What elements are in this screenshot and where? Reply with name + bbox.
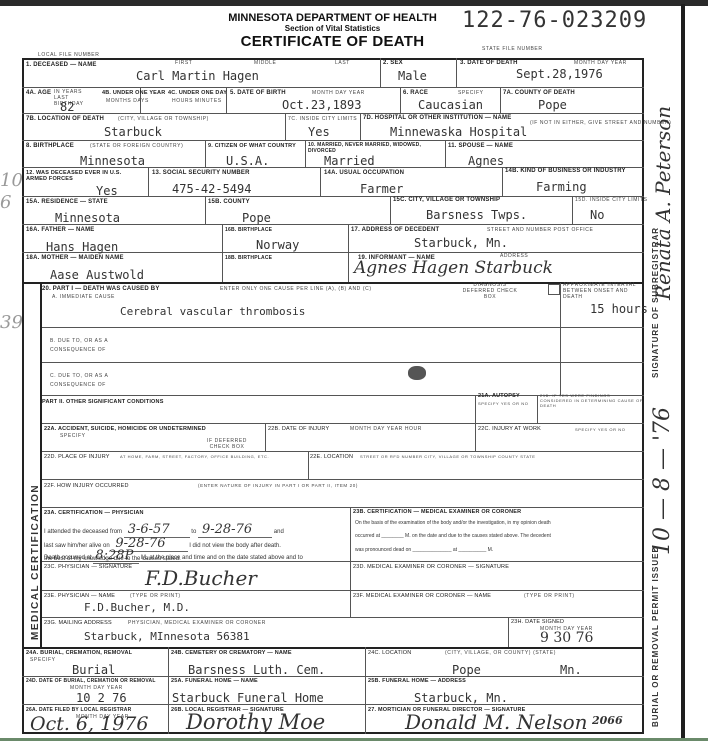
mailing-address-value: Starbuck, MInnesota 56381 (84, 630, 250, 643)
burial-location-sublabel: (CITY, VILLAGE, OR COUNTY) (STATE) (445, 650, 556, 656)
address-label: 17. ADDRESS OF DECEDENT (351, 227, 439, 233)
autopsy-sublabel: SPECIFY YES OR NO (478, 401, 529, 406)
months-days-sublabel: MONTHS DAYS (106, 98, 149, 104)
funeral-address-label: 25b. FUNERAL HOME — ADDRESS (368, 678, 466, 684)
burial-county-value: Pope (452, 663, 481, 677)
injury-deferred-label: IF DEFERRED CHECK BOX (204, 438, 250, 450)
section-name: Section of Vital Statistics (210, 24, 455, 33)
residence-city-label: 15c. CITY, VILLAGE OR TOWNSHIP (393, 197, 500, 203)
examiner-cert-label: 23b. CERTIFICATION — MEDICAL EXAMINER OR… (353, 509, 521, 515)
how-injury-sublabel: (ENTER NATURE OF INJURY IN PART I OR PAR… (198, 483, 358, 488)
interval-label: APPROXIMATE INTERVAL BETWEEN ONSET AND D… (563, 282, 641, 300)
deceased-name-label: 1. DECEASED — NAME (26, 62, 97, 68)
scan-top-edge (0, 0, 708, 6)
physician-name-value: F.D.Bucher, M.D. (84, 601, 190, 614)
date-signed-label: 23h. DATE SIGNED (511, 619, 564, 625)
hospital-label: 7d. HOSPITAL OR OTHER INSTITUTION — NAME (363, 115, 511, 121)
address-sublabel: STREET AND NUMBER POST OFFICE (487, 227, 593, 233)
residence-state-label: 15a. RESIDENCE — STATE (26, 199, 108, 205)
permit-issued-date: 10 — 8 — '76 (650, 407, 675, 555)
armed-forces-value: Yes (96, 184, 118, 198)
date-of-injury-sublabel: MONTH DAY YEAR HOUR (350, 426, 422, 432)
race-sublabel: SPECIFY (458, 90, 484, 96)
under-one-year-label: 4b. UNDER ONE YEAR (102, 90, 165, 96)
citizen-value: U.S.A. (226, 154, 269, 168)
burial-date-label: 24d. DATE OF BURIAL, CREMATION OR REMOVA… (26, 678, 168, 684)
first-sublabel: FIRST (175, 60, 192, 66)
autopsy-label: 21a. AUTOPSY (478, 393, 520, 399)
mailing-address-sublabel: PHYSICIAN, MEDICAL EXAMINER OR CORONER (128, 620, 266, 626)
ssn-label: 13. SOCIAL SECURITY NUMBER (152, 170, 250, 176)
funeral-address-value: Starbuck, Mn. (414, 691, 508, 705)
deceased-name-value: Carl Martin Hagen (136, 69, 259, 83)
marital-label: 10. MARRIED, NEVER MARRIED, WIDOWED, DIV… (308, 142, 438, 154)
race-label: 6. RACE (403, 90, 428, 96)
birthplace-label: 8. BIRTHPLACE (26, 143, 74, 149)
mother-value: Aase Austwold (50, 268, 144, 282)
permit-issued-label: BURIAL OR REMOVAL PERMIT ISSUED (651, 546, 660, 727)
manner-label: 22a. ACCIDENT, SUICIDE, HOMICIDE OR UNDE… (44, 426, 206, 432)
mailing-address-label: 23g. MAILING ADDRESS (44, 620, 112, 626)
cert-line4: the best of my knowledge due to the caus… (44, 556, 181, 562)
injury-location-label: 22e. LOCATION (310, 454, 353, 460)
residence-inside-label: 15d. INSIDE CITY LIMITS (575, 197, 648, 203)
cert-line1: I attended the deceased from 3-6-57 to 9… (44, 522, 284, 537)
disposition-method-sublabel: SPECIFY (30, 657, 56, 663)
date-filed-value: Oct. 6, 1976 (30, 713, 148, 735)
immediate-cause-label: A. IMMEDIATE CAUSE (52, 294, 115, 300)
subregistrar-signature: Renata A. Peterson (651, 106, 675, 300)
under-one-day-label: 4c. UNDER ONE DAY (168, 90, 227, 96)
occupation-value: Farmer (360, 182, 403, 196)
funeral-home-label: 25a. FUNERAL HOME — NAME (171, 678, 258, 684)
location-sublabel: (CITY, VILLAGE OR TOWNSHIP) (118, 116, 209, 122)
informant-signature: Agnes Hagen Starbuck (354, 258, 553, 278)
disposition-method-label: 24a. BURIAL, CREMATION, REMOVAL (26, 650, 132, 656)
disposition-method-value: Burial (72, 663, 115, 677)
place-of-injury-sublabel: AT HOME, FARM, STREET, FACTORY, OFFICE B… (120, 454, 275, 459)
part2-label: PART II. OTHER SIGNIFICANT CONDITIONS (42, 399, 164, 405)
physician-name-sublabel: (TYPE OR PRINT) (130, 593, 181, 599)
spouse-value: Agnes (468, 154, 504, 168)
mortician-license-number: 2066 (592, 714, 623, 727)
certificate-number: 122-76-023209 (462, 8, 647, 33)
physician-signature-label: 23c. PHYSICIAN — SIGNATURE (44, 564, 132, 570)
race-value: Caucasian (418, 98, 483, 112)
mortician-signature: Donald M. Nelson (405, 710, 588, 734)
date-sublabel: MONTH DAY YEAR (574, 60, 627, 66)
armed-forces-label: 12. WAS DECEASED EVER IN U.S. ARMED FORC… (26, 170, 144, 182)
examiner-text1: On the basis of the examination of the b… (355, 520, 551, 526)
date-signed-value: 9 30 76 (540, 630, 593, 646)
location-of-death-label: 7b. LOCATION OF DEATH (26, 116, 104, 122)
inside-limits-label: 7c. INSIDE CITY LIMITS (288, 116, 357, 122)
interval-value: 15 hours (590, 302, 648, 316)
residence-inside-value: No (590, 208, 604, 222)
county-of-death-value: Pope (538, 98, 567, 112)
state-file-number-label: STATE FILE NUMBER (482, 46, 543, 52)
location-of-death-value: Starbuck (104, 125, 162, 139)
birthplace-value: Minnesota (80, 154, 145, 168)
immediate-cause-value: Cerebral vascular thrombosis (120, 305, 305, 318)
father-label: 16a. FATHER — NAME (26, 227, 95, 233)
examiner-name-sublabel: (TYPE OR PRINT) (524, 593, 575, 599)
residence-county-label: 15b. COUNTY (208, 199, 250, 205)
mother-label: 18a. MOTHER — MAIDEN NAME (26, 255, 124, 261)
diagnosis-deferred-label: DIAGNOSIS DEFERRED CHECK BOX (460, 282, 520, 300)
hours-minutes-sublabel: HOURS MINUTES (172, 98, 222, 104)
injury-at-work-sublabel: SPECIFY YES OR NO (575, 427, 626, 432)
cause-c-label: C. DUE TO, OR AS A CONSEQUENCE OF (50, 372, 120, 390)
registrar-signature: Dorothy Moe (186, 710, 325, 734)
ink-blot (408, 366, 426, 380)
examiner-text3: was pronounced dead on ______________ at… (355, 547, 493, 553)
part1-label: 20. PART I — DEATH WAS CAUSED BY (42, 286, 160, 292)
injury-at-work-label: 22c. INJURY AT WORK (478, 426, 541, 432)
occupation-label: 14a. USUAL OCCUPATION (324, 170, 404, 176)
county-of-death-label: 7a. COUNTY OF DEATH (503, 90, 575, 96)
age-label: 4a. AGE (26, 90, 51, 96)
spouse-label: 11. SPOUSE — NAME (448, 143, 513, 149)
last-sublabel: LAST (335, 60, 350, 66)
mother-birthplace-label: 18b. BIRTHPLACE (225, 255, 272, 261)
sex-value: Male (398, 69, 427, 83)
cemetery-value: Barsness Luth. Cem. (188, 663, 325, 677)
examiner-name-label: 23f. MEDICAL EXAMINER OR CORONER — NAME (353, 593, 491, 599)
physician-cert-label: 23a. CERTIFICATION — PHYSICIAN (44, 510, 144, 516)
margin-note: 39 (0, 312, 23, 333)
father-birthplace-value: Norway (256, 238, 299, 252)
date-of-death-label: 3. DATE OF DEATH (460, 60, 518, 66)
middle-sublabel: MIDDLE (254, 60, 277, 66)
physician-name-label: 23e. PHYSICIAN — NAME (44, 593, 115, 599)
place-of-injury-label: 22d. PLACE OF INJURY (44, 454, 110, 460)
how-injury-label: 22f. HOW INJURY OCCURRED (44, 483, 129, 489)
margin-note: 10 (0, 170, 23, 191)
scan-right-edge (681, 4, 685, 738)
sex-label: 2. SEX (383, 60, 403, 66)
age-value: 82 (60, 100, 74, 114)
father-value: Hans Hagen (46, 240, 118, 254)
funeral-home-value: Starbuck Funeral Home (172, 691, 324, 705)
dob-label: 5. DATE OF BIRTH (230, 90, 286, 96)
findings-label: 21b. IF YES WERE FINDINGS CONSIDERED IN … (540, 393, 644, 408)
diagnosis-deferred-checkbox[interactable] (548, 284, 560, 295)
injury-location-sublabel: STREET OR RFD NUMBER CITY, VILLAGE OR TO… (360, 454, 536, 459)
ssn-value: 475-42-5494 (172, 182, 251, 196)
address-value: Starbuck, Mn. (414, 236, 508, 250)
residence-county-value: Pope (242, 211, 271, 225)
marital-value: Married (324, 154, 375, 168)
department-name: MINNESOTA DEPARTMENT OF HEALTH (210, 12, 455, 24)
burial-location-label: 24c. LOCATION (368, 650, 411, 656)
manner-sublabel: SPECIFY (60, 433, 86, 439)
margin-note: 6 (0, 192, 11, 213)
date-of-death-value: Sept.28,1976 (516, 67, 603, 81)
scan-bottom-edge (0, 738, 708, 741)
part1-instructions: ENTER ONLY ONE CAUSE PER LINE (A), (B) A… (220, 286, 372, 292)
dob-sublabel: MONTH DAY YEAR (312, 90, 365, 96)
cause-b-label: B. DUE TO, OR AS A CONSEQUENCE OF (50, 337, 120, 355)
physician-signature: F.D.Bucher (145, 566, 257, 590)
industry-label: 14b. KIND OF BUSINESS OR INDUSTRY (505, 168, 626, 174)
document-title: CERTIFICATE OF DEATH (210, 33, 455, 50)
birthplace-sublabel: (STATE OR FOREIGN COUNTRY) (90, 143, 183, 149)
date-of-injury-label: 22b. DATE OF INJURY (268, 426, 329, 432)
residence-city-value: Barsness Twps. (426, 208, 527, 222)
cemetery-label: 24b. CEMETERY OR CREMATORY — NAME (171, 650, 292, 656)
dob-value: Oct.23,1893 (282, 98, 361, 112)
hospital-value: Minnewaska Hospital (390, 125, 527, 139)
examiner-signature-label: 23d. MEDICAL EXAMINER OR CORONER — SIGNA… (353, 564, 509, 570)
inside-limits-value: Yes (308, 125, 330, 139)
industry-value: Farming (536, 180, 587, 194)
father-birthplace-label: 16b. BIRTHPLACE (225, 227, 272, 233)
burial-state-value: Mn. (560, 663, 582, 677)
residence-state-value: Minnesota (55, 211, 120, 225)
burial-date-value: 10 2 76 (76, 691, 127, 705)
medical-certification-side-label: MEDICAL CERTIFICATION (30, 484, 41, 640)
examiner-text2: occurred at ________ M. on the date and … (355, 533, 551, 539)
citizen-label: 9. CITIZEN OF WHAT COUNTRY (208, 143, 296, 149)
